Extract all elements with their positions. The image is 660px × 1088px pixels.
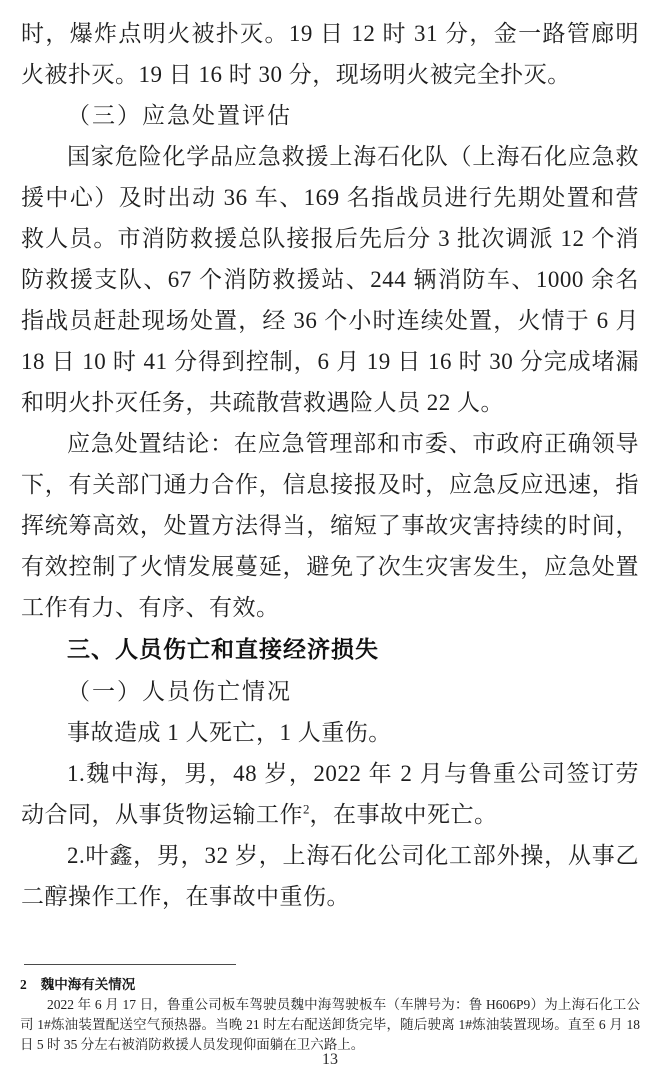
footnote-marker: 2 (20, 977, 27, 992)
paragraph-casualty-2: 2.叶鑫，男，32 岁，上海石化公司化工部外操，从事乙二醇操作工作，在事故中重伤… (21, 835, 639, 917)
heading-emergency-evaluation: （三）应急处置评估 (21, 95, 639, 136)
paragraph-emergency-conclusion: 应急处置结论：在应急管理部和市委、市政府正确领导下，有关部门通力合作，信息接报及… (21, 423, 639, 628)
footnote-heading: 2魏中海有关情况 (20, 975, 640, 995)
casualty-1-text-end: ，在事故中死亡。 (310, 802, 498, 827)
document-body: 时，爆炸点明火被扑灭。19 日 12 时 31 分，金一路管廊明火被扑灭。19 … (21, 13, 639, 917)
footnote-block: 2魏中海有关情况 2022 年 6 月 17 日，鲁重公司板车驾驶员魏中海驾驶板… (20, 975, 640, 1055)
footnote-separator (24, 964, 236, 965)
page-number: 13 (0, 1050, 660, 1070)
paragraph-casualty-1: 1.魏中海，男，48 岁，2022 年 2 月与鲁重公司签订劳动合同，从事货物运… (21, 753, 639, 835)
paragraph-fire-extinguished: 时，爆炸点明火被扑灭。19 日 12 时 31 分，金一路管廊明火被扑灭。19 … (21, 13, 639, 95)
footnote-body: 2022 年 6 月 17 日，鲁重公司板车驾驶员魏中海驾驶板车（车牌号为：鲁 … (20, 995, 640, 1055)
document-page: 时，爆炸点明火被扑灭。19 日 12 时 31 分，金一路管廊明火被扑灭。19 … (0, 0, 660, 1088)
paragraph-casualty-summary: 事故造成 1 人死亡，1 人重伤。 (21, 712, 639, 753)
heading-casualty-situation: （一）人员伤亡情况 (21, 671, 639, 712)
footnote-title: 魏中海有关情况 (41, 977, 136, 992)
paragraph-emergency-response: 国家危险化学品应急救援上海石化队（上海石化应急救援中心）及时出动 36 车、16… (21, 136, 639, 423)
heading-section-three-casualties: 三、人员伤亡和直接经济损失 (21, 628, 639, 671)
